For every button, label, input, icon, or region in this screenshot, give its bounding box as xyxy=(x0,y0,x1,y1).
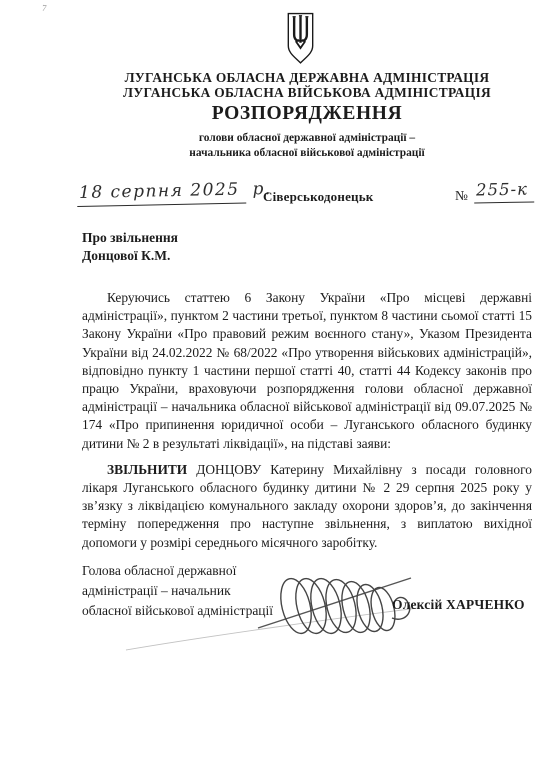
handwritten-number-value: 255-к xyxy=(474,179,534,203)
subject-block: Про звільнення Донцової К.М. xyxy=(82,229,178,264)
document-body: Керуючись статтею 6 Закону України «Про … xyxy=(82,289,532,552)
paragraph-order: ЗВІЛЬНИТИ ДОНЦОВУ Катерину Михайлівну з … xyxy=(82,461,532,552)
signer-name: Олексій ХАРЧЕНКО xyxy=(392,597,525,613)
place-name: Сіверськодонецьк xyxy=(263,189,374,205)
org-name-line1: ЛУГАНСЬКА ОБЛАСНА ДЕРЖАВНА АДМІНІСТРАЦІЯ xyxy=(82,70,532,86)
order-keyword: ЗВІЛЬНИТИ xyxy=(107,462,187,477)
document-subtitle-line1: голови обласної державної адміністрації … xyxy=(82,132,532,144)
subject-line1: Про звільнення xyxy=(82,229,178,247)
document-title: РОЗПОРЯДЖЕННЯ xyxy=(82,103,532,125)
handwritten-date-value: 18 серпня 2025 xyxy=(77,180,246,208)
document-page: 7 ЛУГАНСЬКА ОБЛАСНА ДЕРЖАВНА АДМІНІСТРАЦ… xyxy=(0,0,547,782)
tryzub-emblem-icon xyxy=(284,12,317,65)
handwritten-document-number: 255-к xyxy=(474,179,534,199)
handwritten-date: 18 серпня 2025 р. xyxy=(77,179,272,203)
scan-artifact: 7 xyxy=(41,3,47,14)
handwritten-signature-icon xyxy=(118,566,428,658)
paragraph-legal-basis: Керуючись статтею 6 Закону України «Про … xyxy=(82,289,532,453)
number-sign-label: № xyxy=(455,188,468,204)
subject-line2: Донцової К.М. xyxy=(82,247,178,265)
org-name-line2: ЛУГАНСЬКА ОБЛАСНА ВІЙСЬКОВА АДМІНІСТРАЦІ… xyxy=(82,85,532,101)
document-subtitle-line2: начальника обласної військової адміністр… xyxy=(82,147,532,159)
